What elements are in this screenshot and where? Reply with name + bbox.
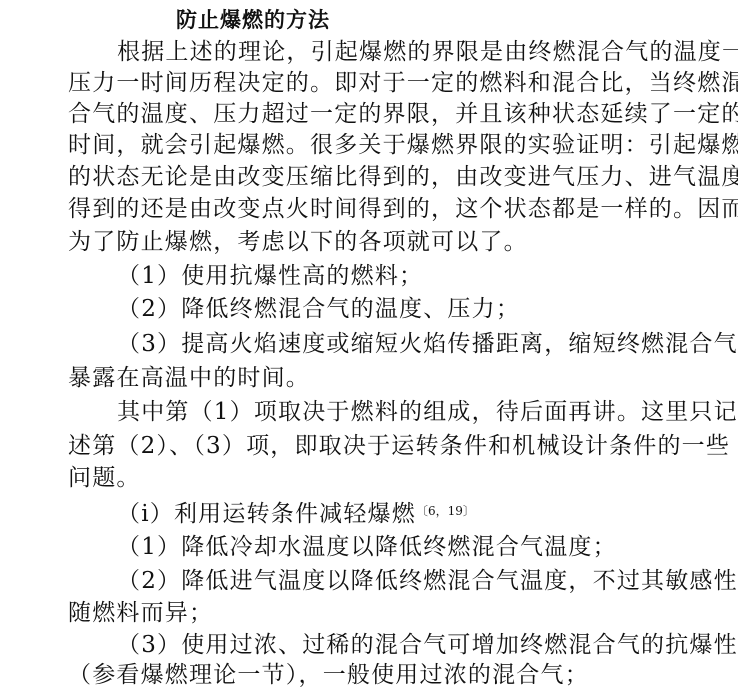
- paragraph-line: 根据上述的理论，引起爆燃的界限是由终燃混合气的温度一: [117, 38, 738, 66]
- subsection-heading: （i）利用运转条件减轻爆燃〔6，19〕: [117, 497, 475, 528]
- subsection-heading-text: （i）利用运转条件减轻爆燃: [117, 501, 416, 527]
- paragraph-line: 得到的还是由改变点火时间得到的，这个状态都是一样的。因而，: [68, 195, 738, 223]
- list-item: （1）使用抗爆性高的燃料；: [117, 262, 423, 290]
- paragraph-line: 时间，就会引起爆燃。很多关于爆燃界限的实验证明：引起爆燃: [68, 131, 738, 159]
- paragraph-line: 为了防止爆燃，考虑以下的各项就可以了。: [68, 228, 528, 256]
- list-item-continuation: 暴露在高温中的时间。: [68, 364, 310, 392]
- list-item: （1）降低冷却水温度以降低终燃混合气温度；: [117, 533, 617, 561]
- list-item: （2）降低终燃混合气的温度、压力；: [117, 295, 520, 323]
- paragraph-line: 的状态无论是由改变压缩比得到的，由改变进气压力、进气温度: [68, 163, 738, 191]
- document-page: 防止爆燃的方法 根据上述的理论，引起爆燃的界限是由终燃混合气的温度一 压力一时间…: [0, 0, 738, 689]
- paragraph-line: 述第（2）、（3）项，即取决于运转条件和机械设计条件的一些: [68, 432, 730, 460]
- list-item-continuation: 随燃料而异；: [68, 599, 213, 627]
- list-item: （2）降低进气温度以降低终燃混合气温度，不过其敏感性: [117, 567, 738, 595]
- paragraph-line: 合气的温度、压力超过一定的界限，并且该种状态延续了一定的: [68, 100, 738, 128]
- list-item: （3）使用过浓、过稀的混合气可增加终燃混合气的抗爆性: [117, 631, 738, 659]
- list-item-continuation: （参看爆燃理论一节），一般使用过浓的混合气；: [68, 661, 589, 689]
- paragraph-line: 压力一时间历程决定的。即对于一定的燃料和混合比，当终燃混: [68, 69, 738, 97]
- citation-reference: 〔6，19〕: [416, 504, 475, 518]
- paragraph-line: 问题。: [68, 464, 141, 492]
- list-item: （3）提高火焰速度或缩短火焰传播距离，缩短终燃混合气: [117, 330, 738, 358]
- section-title: 防止爆燃的方法: [176, 6, 330, 34]
- paragraph-line: 其中第（1）项取决于燃料的组成，待后面再讲。这里只记: [117, 398, 738, 426]
